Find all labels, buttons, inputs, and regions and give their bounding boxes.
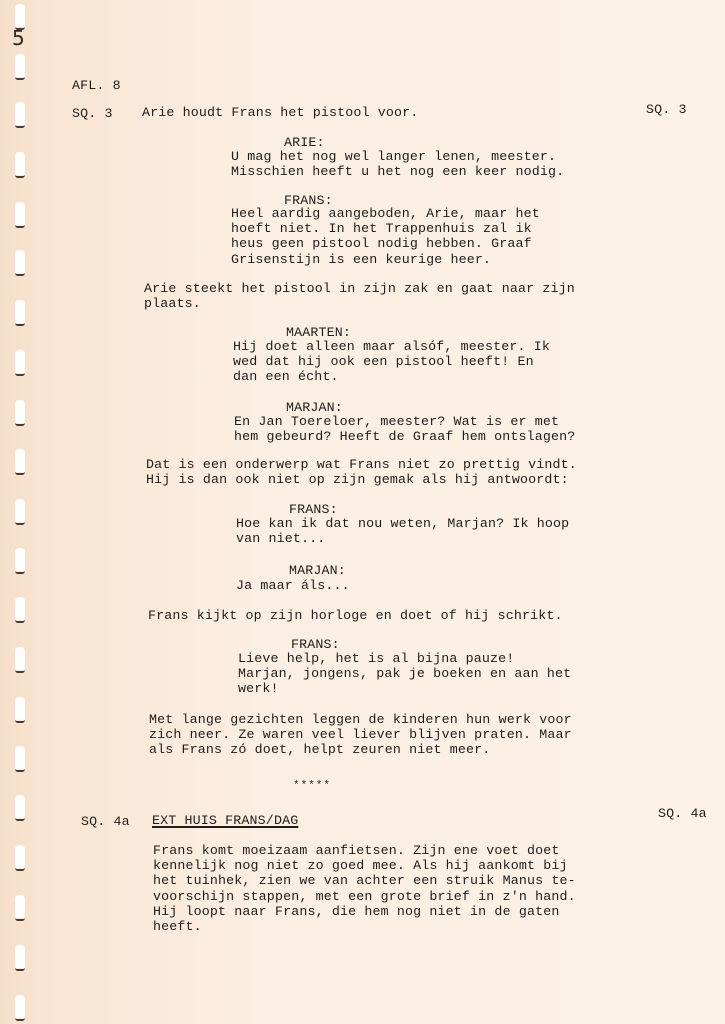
binding-hole: [15, 499, 25, 525]
character-name: FRANS:: [291, 637, 340, 652]
dialogue-text: U mag het nog wel langer lenen, meester.…: [231, 149, 564, 179]
scene-label-right: SQ. 3: [646, 102, 687, 117]
dialogue-text: Heel aardig aangeboden, Arie, maar het h…: [231, 206, 540, 267]
scene-heading: EXT HUIS FRANS/DAG: [152, 813, 298, 828]
binding-hole: [15, 250, 25, 276]
binding-hole: [15, 449, 25, 475]
binding-hole: [15, 995, 25, 1021]
binding-hole: [15, 597, 25, 623]
binding-hole: [15, 647, 25, 673]
character-name: ARIE:: [284, 135, 325, 150]
binding-hole: [15, 845, 25, 871]
action-text: Arie steekt het pistool in zijn zak en g…: [144, 281, 575, 311]
dialogue-text: Hij doet alleen maar alsóf, meester. Ik …: [233, 339, 550, 385]
binding-hole: [15, 697, 25, 723]
episode-label: AFL. 8: [72, 78, 121, 93]
binding-hole: [15, 746, 25, 772]
scene-label-right: SQ. 4a: [658, 806, 707, 821]
action-text: Frans kijkt op zijn horloge en doet of h…: [148, 608, 563, 623]
action-text: Frans komt moeizaam aanfietsen. Zijn ene…: [153, 843, 576, 934]
binding-hole: [15, 54, 25, 80]
dialogue-text: Ja maar áls...: [236, 578, 350, 593]
character-name: MARJAN:: [286, 400, 343, 415]
binding-hole: [15, 152, 25, 178]
scene-label-left: SQ. 4a: [81, 814, 130, 829]
binding-hole: [15, 300, 25, 326]
character-name: MAARTEN:: [286, 325, 351, 340]
action-text: Met lange gezichten leggen de kinderen h…: [149, 712, 572, 758]
handwritten-page-number: 5: [12, 26, 25, 50]
character-name: MARJAN:: [289, 563, 346, 578]
dialogue-text: En Jan Toereloer, meester? Wat is er met…: [234, 414, 575, 444]
binding-hole: [15, 102, 25, 128]
binding-hole: [15, 895, 25, 921]
dialogue-text: Lieve help, het is al bijna pauze! Marja…: [238, 651, 571, 697]
scene-separator: *****: [293, 780, 331, 792]
binding-hole: [15, 202, 25, 228]
binding-hole: [15, 795, 25, 821]
action-text: Dat is een onderwerp wat Frans niet zo p…: [146, 457, 577, 487]
character-name: FRANS:: [289, 502, 338, 517]
script-page: 5 AFL. 8 SQ. 3 SQ. 3 Arie houdt Frans he…: [0, 0, 725, 1024]
action-text: Arie houdt Frans het pistool voor.: [142, 105, 418, 120]
scene-label-left: SQ. 3: [72, 106, 113, 121]
dialogue-text: Hoe kan ik dat nou weten, Marjan? Ik hoo…: [236, 516, 569, 546]
binding-hole: [15, 945, 25, 971]
binding-hole: [15, 350, 25, 376]
binding-hole: [15, 400, 25, 426]
binding-hole: [15, 548, 25, 574]
